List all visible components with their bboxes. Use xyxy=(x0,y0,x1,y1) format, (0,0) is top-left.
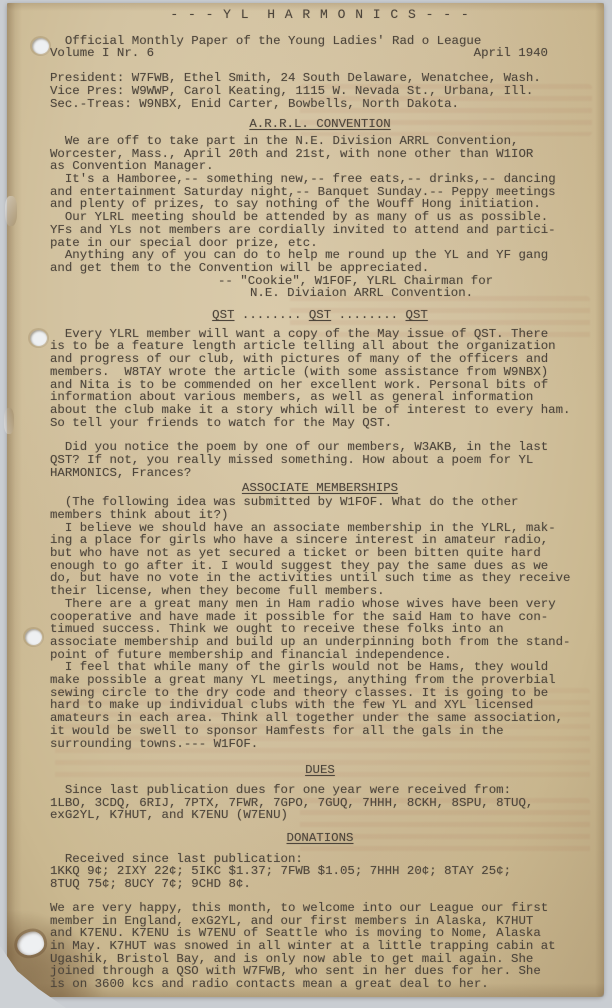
dues-paragraph: Since last publication dues for one year… xyxy=(50,784,590,822)
punch-hole xyxy=(25,629,42,645)
volume-date-row: Volume I Nr. 6 April 1940 xyxy=(50,47,590,60)
welcome-paragraph: We are very happy, this month, to welcom… xyxy=(50,902,590,991)
convention-paragraphs: We are off to take part in the N.E. Divi… xyxy=(50,135,590,275)
qst-dots: ........ xyxy=(234,308,308,322)
officers-list: President: W7FWB, Ethel Smith, 24 South … xyxy=(50,72,590,110)
qst-paragraph-2: Did you notice the poem by one of our me… xyxy=(50,441,590,479)
section-heading-qst: QST ........ QST ........ QST xyxy=(50,309,590,322)
qst-paragraph-1: Every YLRL member will want a copy of th… xyxy=(50,328,590,430)
typewritten-content: - - - Y L H A R M O N I C S - - - Offici… xyxy=(0,0,612,1008)
masthead-title: - - - Y L H A R M O N I C S - - - xyxy=(50,9,590,22)
punch-hole xyxy=(32,38,49,54)
section-heading-associate-memberships: ASSOCIATE MEMBERSHIPS xyxy=(50,482,590,495)
volume-number: Volume I Nr. 6 xyxy=(50,47,154,60)
section-heading-donations: DONATIONS xyxy=(50,832,590,845)
punch-hole xyxy=(30,330,47,346)
section-heading-arrl-convention: A.R.R.L. CONVENTION xyxy=(50,118,590,131)
associate-paragraphs: (The following idea was submitted by W1F… xyxy=(50,496,590,750)
qst-dots: ........ xyxy=(331,308,405,322)
issue-date: April 1940 xyxy=(474,47,548,60)
scanned-newsletter-page: - - - Y L H A R M O N I C S - - - Offici… xyxy=(0,0,612,1008)
section-heading-dues: DUES xyxy=(50,764,590,777)
signature-line: N.E. Diviaion ARRL Convention. xyxy=(250,287,590,300)
donations-paragraph: Received since last publication: 1KKQ 9¢… xyxy=(50,853,590,891)
